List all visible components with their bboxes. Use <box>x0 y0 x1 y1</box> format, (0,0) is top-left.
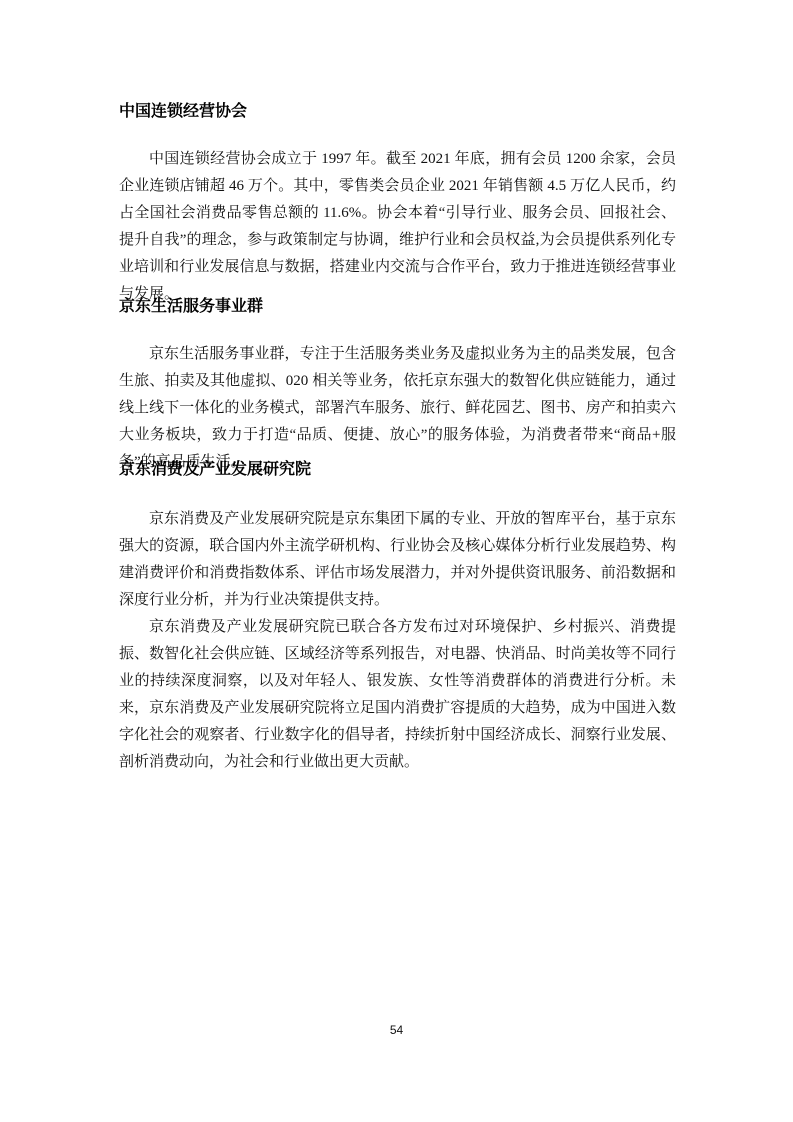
document-page: 中国连锁经营协会 中国连锁经营协会成立于 1997 年。截至 2021 年底，拥… <box>0 0 793 1122</box>
section-heading-ccfa: 中国连锁经营协会 <box>119 102 676 122</box>
section-paragraph-jd-research-institute-1: 京东消费及产业发展研究院是京东集团下属的专业、开放的智库平台，基于京东强大的资源… <box>119 506 676 614</box>
section-paragraph-ccfa: 中国连锁经营协会成立于 1997 年。截至 2021 年底，拥有会员 1200 … <box>119 146 676 308</box>
section-paragraph-jd-research-institute-2: 京东消费及产业发展研究院已联合各方发布过对环境保护、乡村振兴、消费提振、数智化社… <box>119 614 676 776</box>
section-paragraph-jd-life-services: 京东生活服务事业群，专注于生活服务类业务及虚拟业务为主的品类发展，包含生旅、拍卖… <box>119 341 676 476</box>
page-number: 54 <box>0 1022 793 1038</box>
section-heading-jd-research-institute: 京东消费及产业发展研究院 <box>119 460 676 480</box>
section-body-jd-research-institute: 京东消费及产业发展研究院是京东集团下属的专业、开放的智库平台，基于京东强大的资源… <box>119 506 676 776</box>
section-heading-jd-life-services: 京东生活服务事业群 <box>119 297 676 317</box>
